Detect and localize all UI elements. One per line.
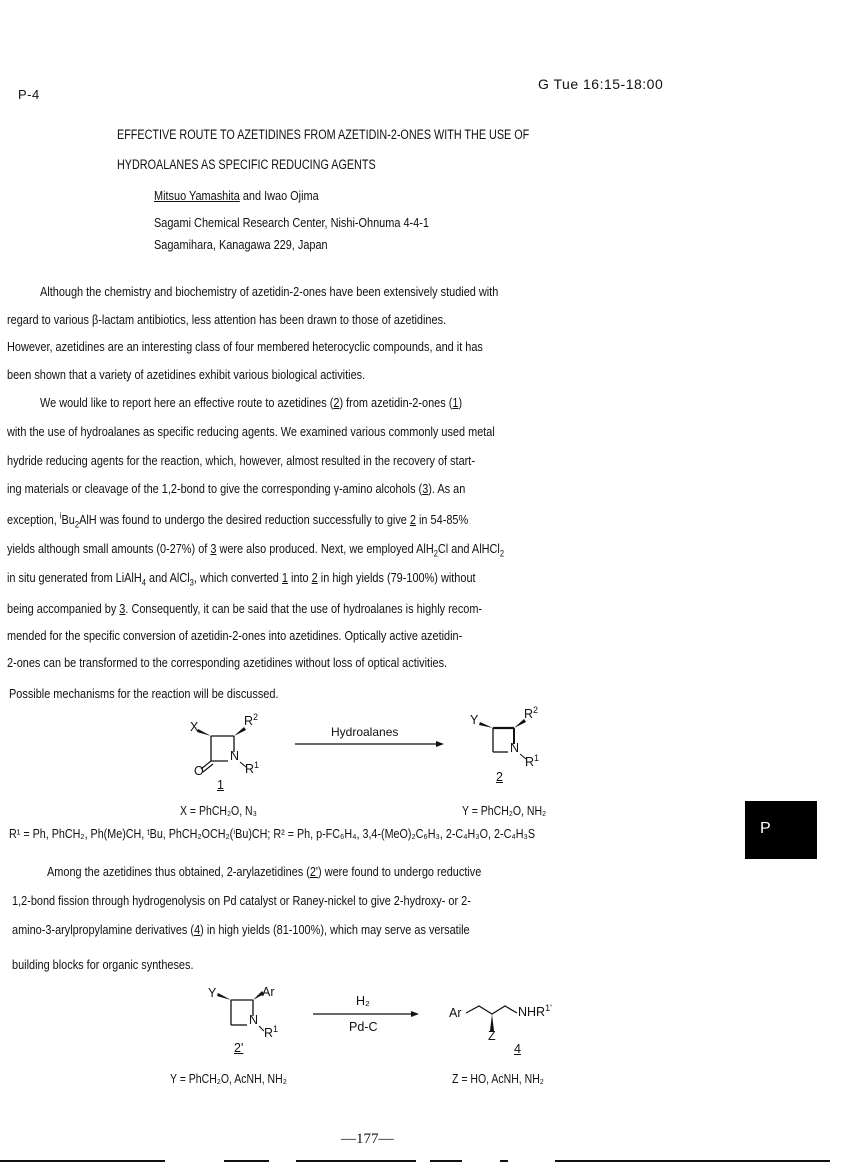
y-definition-2: Y = PhCH₂O, AcNH, NH₂ <box>170 1072 287 1086</box>
atom-z: Z <box>488 1029 496 1043</box>
reagent-hydroalanes: Hydroalanes <box>331 725 398 739</box>
atom-x: X <box>190 720 198 734</box>
reagent-pd-c: Pd-C <box>349 1020 377 1034</box>
atom-y: Y <box>208 986 216 1000</box>
atom-r1: R1 <box>525 755 539 769</box>
atom-n: N <box>230 749 239 763</box>
atom-nhr: NHR1' <box>518 1005 552 1019</box>
atom-r1: R1 <box>264 1026 278 1040</box>
atom-ar: Ar <box>262 985 275 999</box>
atom-r1: R1 <box>245 762 259 776</box>
compound-2-label: 2 <box>496 770 503 784</box>
atom-n: N <box>249 1013 258 1027</box>
y-definition: Y = PhCH₂O, NH₂ <box>462 804 546 818</box>
atom-n: N <box>510 741 519 755</box>
atom-o: O <box>194 764 204 778</box>
section-tab: P <box>745 801 817 859</box>
z-definition: Z = HO, AcNH, NH₂ <box>452 1072 544 1086</box>
compound-1-label: 1 <box>217 778 224 792</box>
compound-4-label: 4 <box>514 1042 521 1056</box>
compound-2prime-label: 2' <box>234 1041 243 1055</box>
atom-r2: R2 <box>244 714 258 728</box>
r-definition: R¹ = Ph, PhCH₂, Ph(Me)CH, ᵗBu, PhCH₂OCH₂… <box>9 826 535 841</box>
page-number: —177— <box>341 1131 394 1148</box>
atom-ar: Ar <box>449 1006 462 1020</box>
x-definition: X = PhCH₂O, N₃ <box>180 804 257 818</box>
reagent-h2: H₂ <box>356 994 370 1008</box>
azetidinone-structure <box>0 0 850 1164</box>
atom-y: Y <box>470 713 478 727</box>
atom-r2: R2 <box>524 707 538 721</box>
